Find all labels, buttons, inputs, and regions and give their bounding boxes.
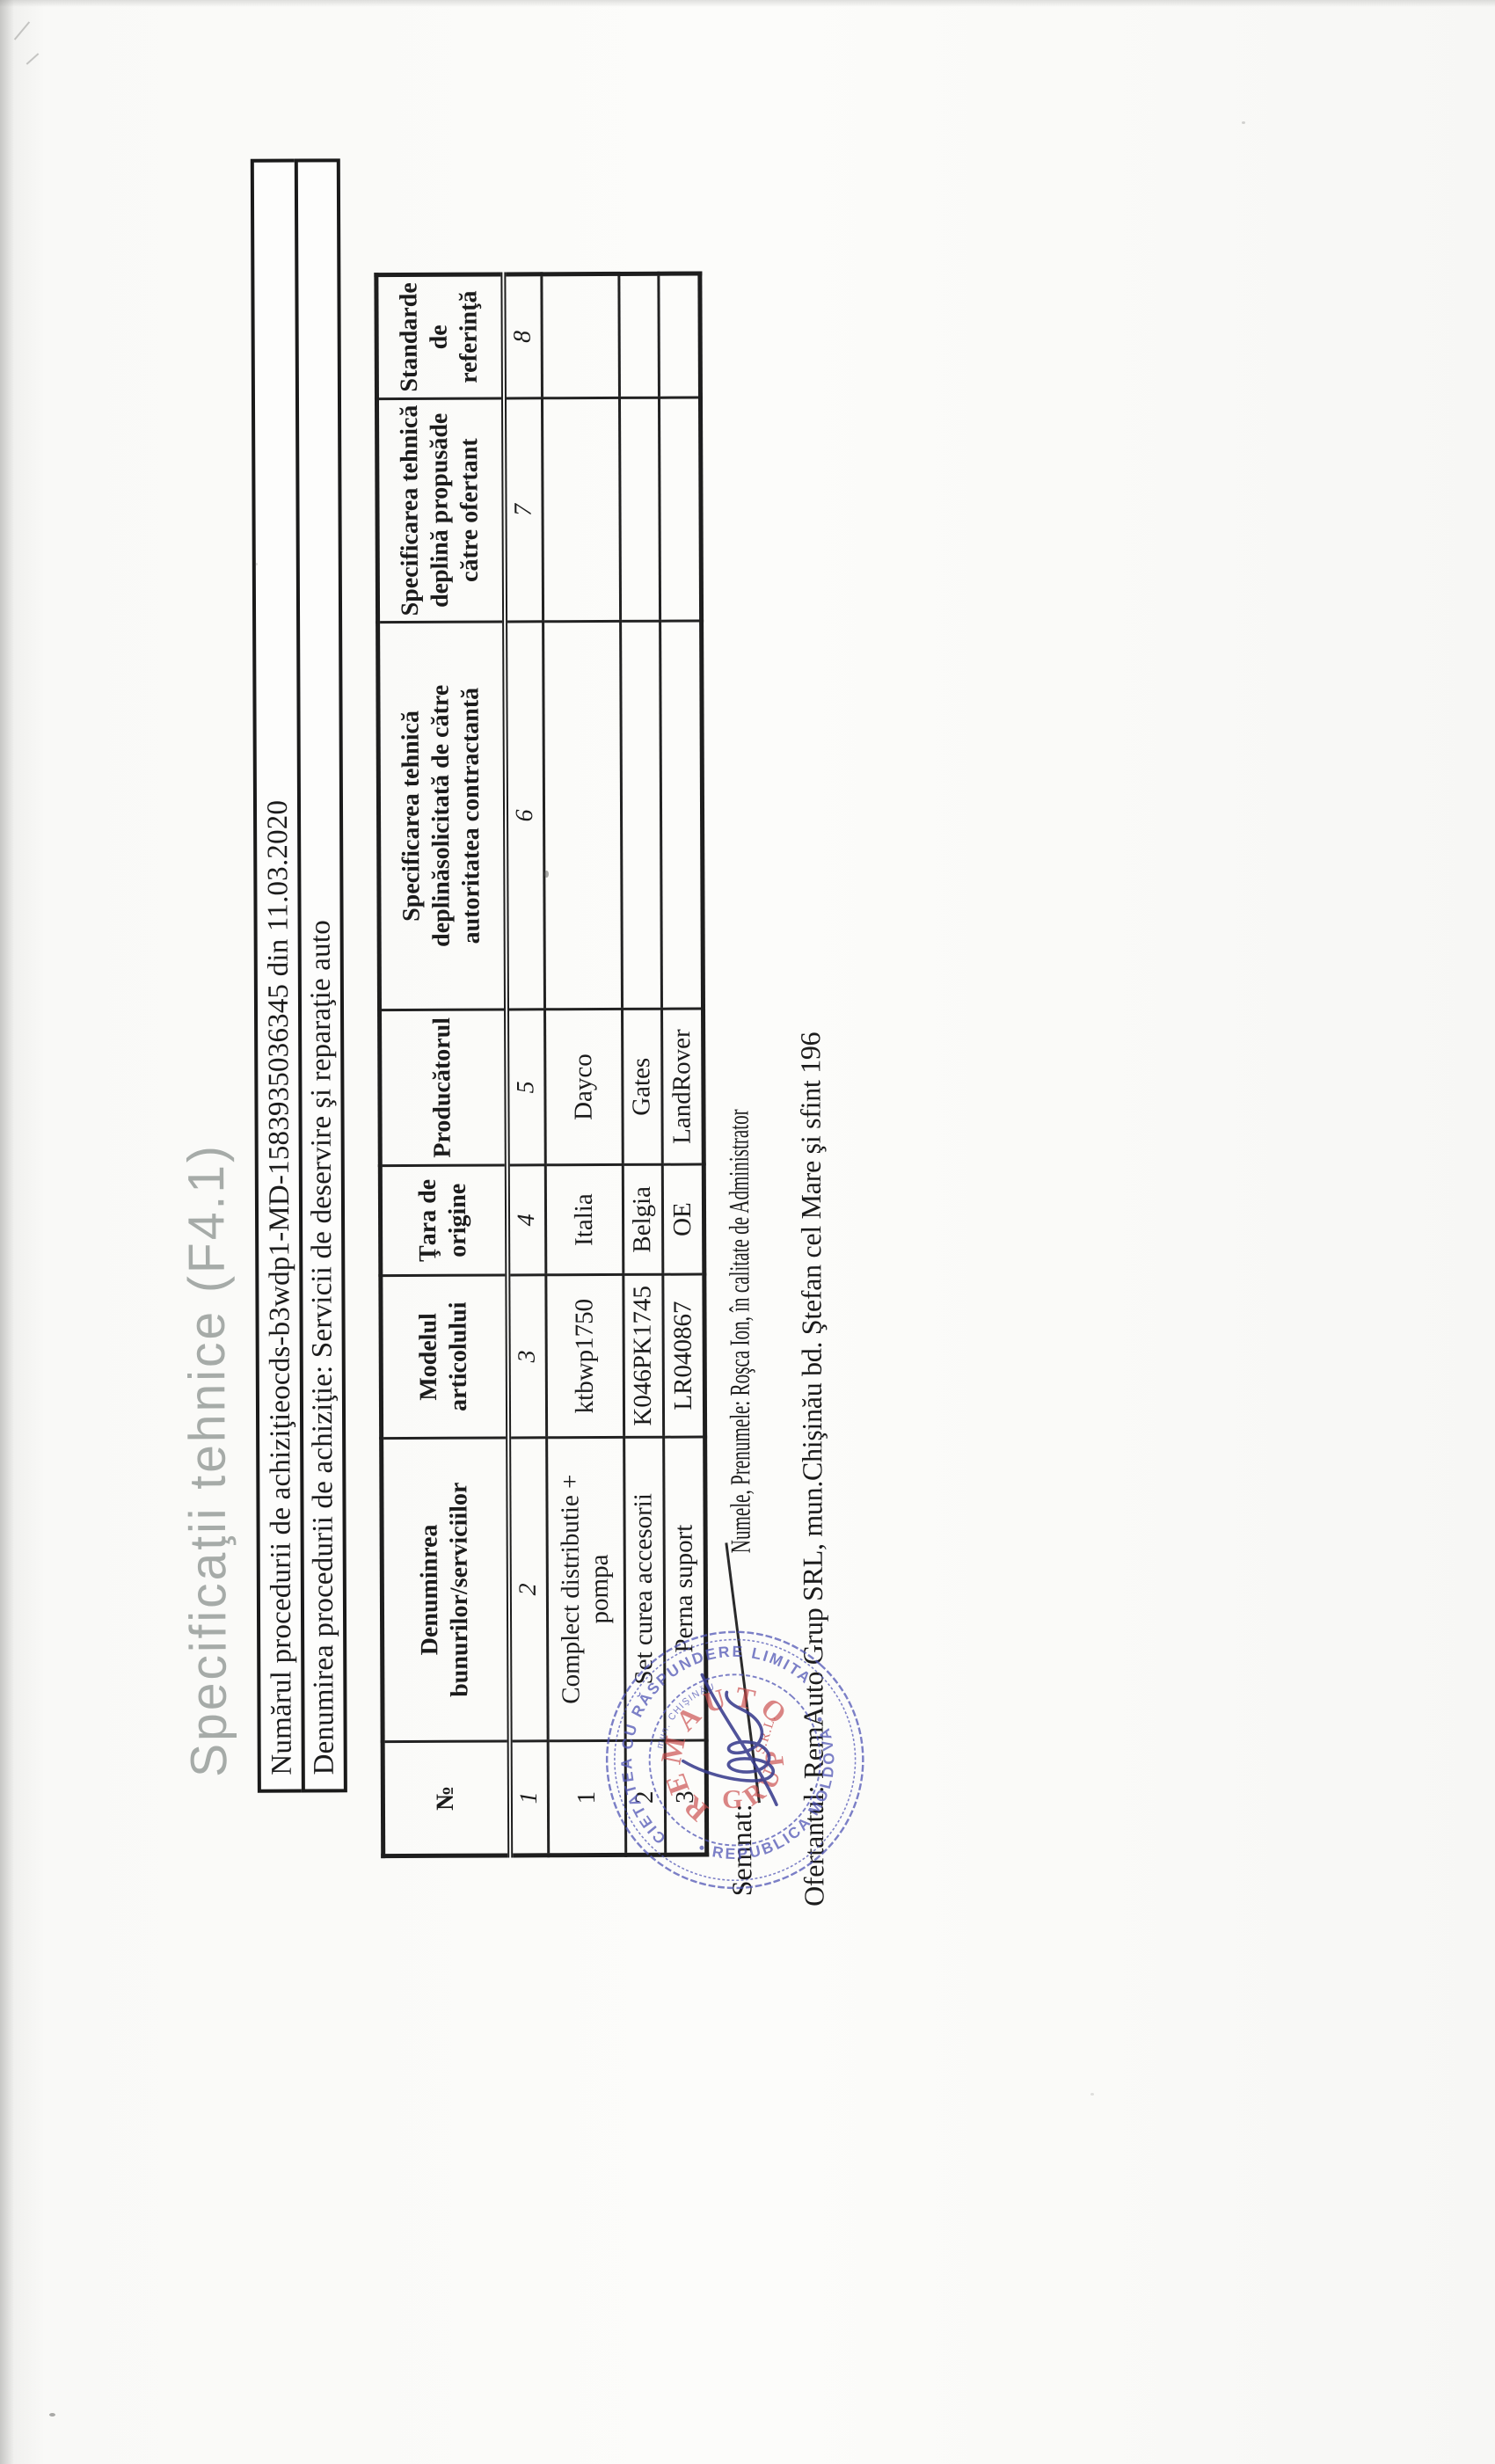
col-num: 8 (503, 274, 542, 398)
cell-model: K046PK1745 (623, 1274, 663, 1437)
col-header-standards: Standarde de referinţă (376, 274, 504, 399)
scan-speck (255, 563, 258, 565)
cell-spec-requested (660, 621, 703, 1009)
col-header-producer: Producătorul (380, 1010, 507, 1166)
col-header-spec-requested: Specificarea tehnică deplinăsolicitată d… (378, 622, 507, 1010)
procedure-name-text: Denumirea procedurii de achiziţie: Servi… (304, 920, 340, 1789)
signer-name-line: Numele, Prenumele: Roşca Ion, în calitat… (723, 1109, 757, 1553)
cell-standard (658, 273, 700, 397)
scan-speck (1090, 2093, 1094, 2096)
col-header-model: Modelul articolului (381, 1275, 508, 1439)
form-title: Specificaţii tehnice (F4.1) (177, 1143, 238, 1777)
cell-spec-offered (542, 397, 620, 621)
scanner-edge-shadow-left (0, 0, 14, 2464)
cell-standard (541, 273, 619, 397)
scanner-edge-shadow-top (0, 0, 1495, 7)
scanned-document-page: { "page": { "title_watermark": "Specific… (0, 0, 1495, 2464)
scan-speck (49, 2413, 55, 2417)
col-num: 5 (507, 1010, 545, 1165)
col-num: 7 (503, 398, 543, 622)
cell-country: Italia (545, 1164, 624, 1274)
col-header-no: № (383, 1741, 510, 1856)
cell-country: OE (662, 1164, 704, 1274)
table-header-row: № Denuminrea bunurilor/⁠serviciilor Mode… (376, 274, 510, 1856)
col-header-country: Ţara de origine (380, 1165, 507, 1276)
procedure-number-text: Numărul procedurii de achiziţieocds-b3wd… (261, 800, 298, 1790)
scan-speck (1242, 121, 1245, 124)
cell-spec-requested (543, 621, 622, 1009)
cell-model: LR040867 (662, 1274, 704, 1437)
col-header-name: Denuminrea bunurilor/⁠serviciilor (382, 1438, 510, 1742)
col-num: 6 (505, 622, 544, 1010)
cell-spec-requested (620, 621, 661, 1009)
column-number-row: 1 2 3 4 5 6 7 8 (503, 274, 548, 1855)
cell-spec-offered (659, 397, 701, 621)
rotated-landscape-content: Specificaţii tehnice (F4.1) Numărul proc… (0, 0, 1495, 2464)
scan-speck (544, 871, 549, 878)
cell-spec-offered (619, 397, 660, 621)
procedure-name-box: Denumirea procedurii de achiziţie: Servi… (295, 158, 347, 1792)
col-num: 2 (508, 1438, 548, 1741)
col-num: 4 (507, 1165, 545, 1275)
handwritten-signature (675, 1644, 799, 1830)
cell-producer: LandRover (661, 1009, 704, 1164)
cell-model: ktbwp1750 (545, 1274, 624, 1437)
col-header-spec-offered: Specificarea tehnică deplină propusăde c… (376, 398, 504, 623)
col-num: 1 (509, 1741, 548, 1855)
col-num: 3 (507, 1275, 546, 1438)
cell-country: Belgia (623, 1164, 663, 1274)
cell-standard (618, 273, 659, 397)
cell-producer: Dayco (544, 1009, 623, 1164)
cell-producer: Gates (622, 1009, 662, 1164)
